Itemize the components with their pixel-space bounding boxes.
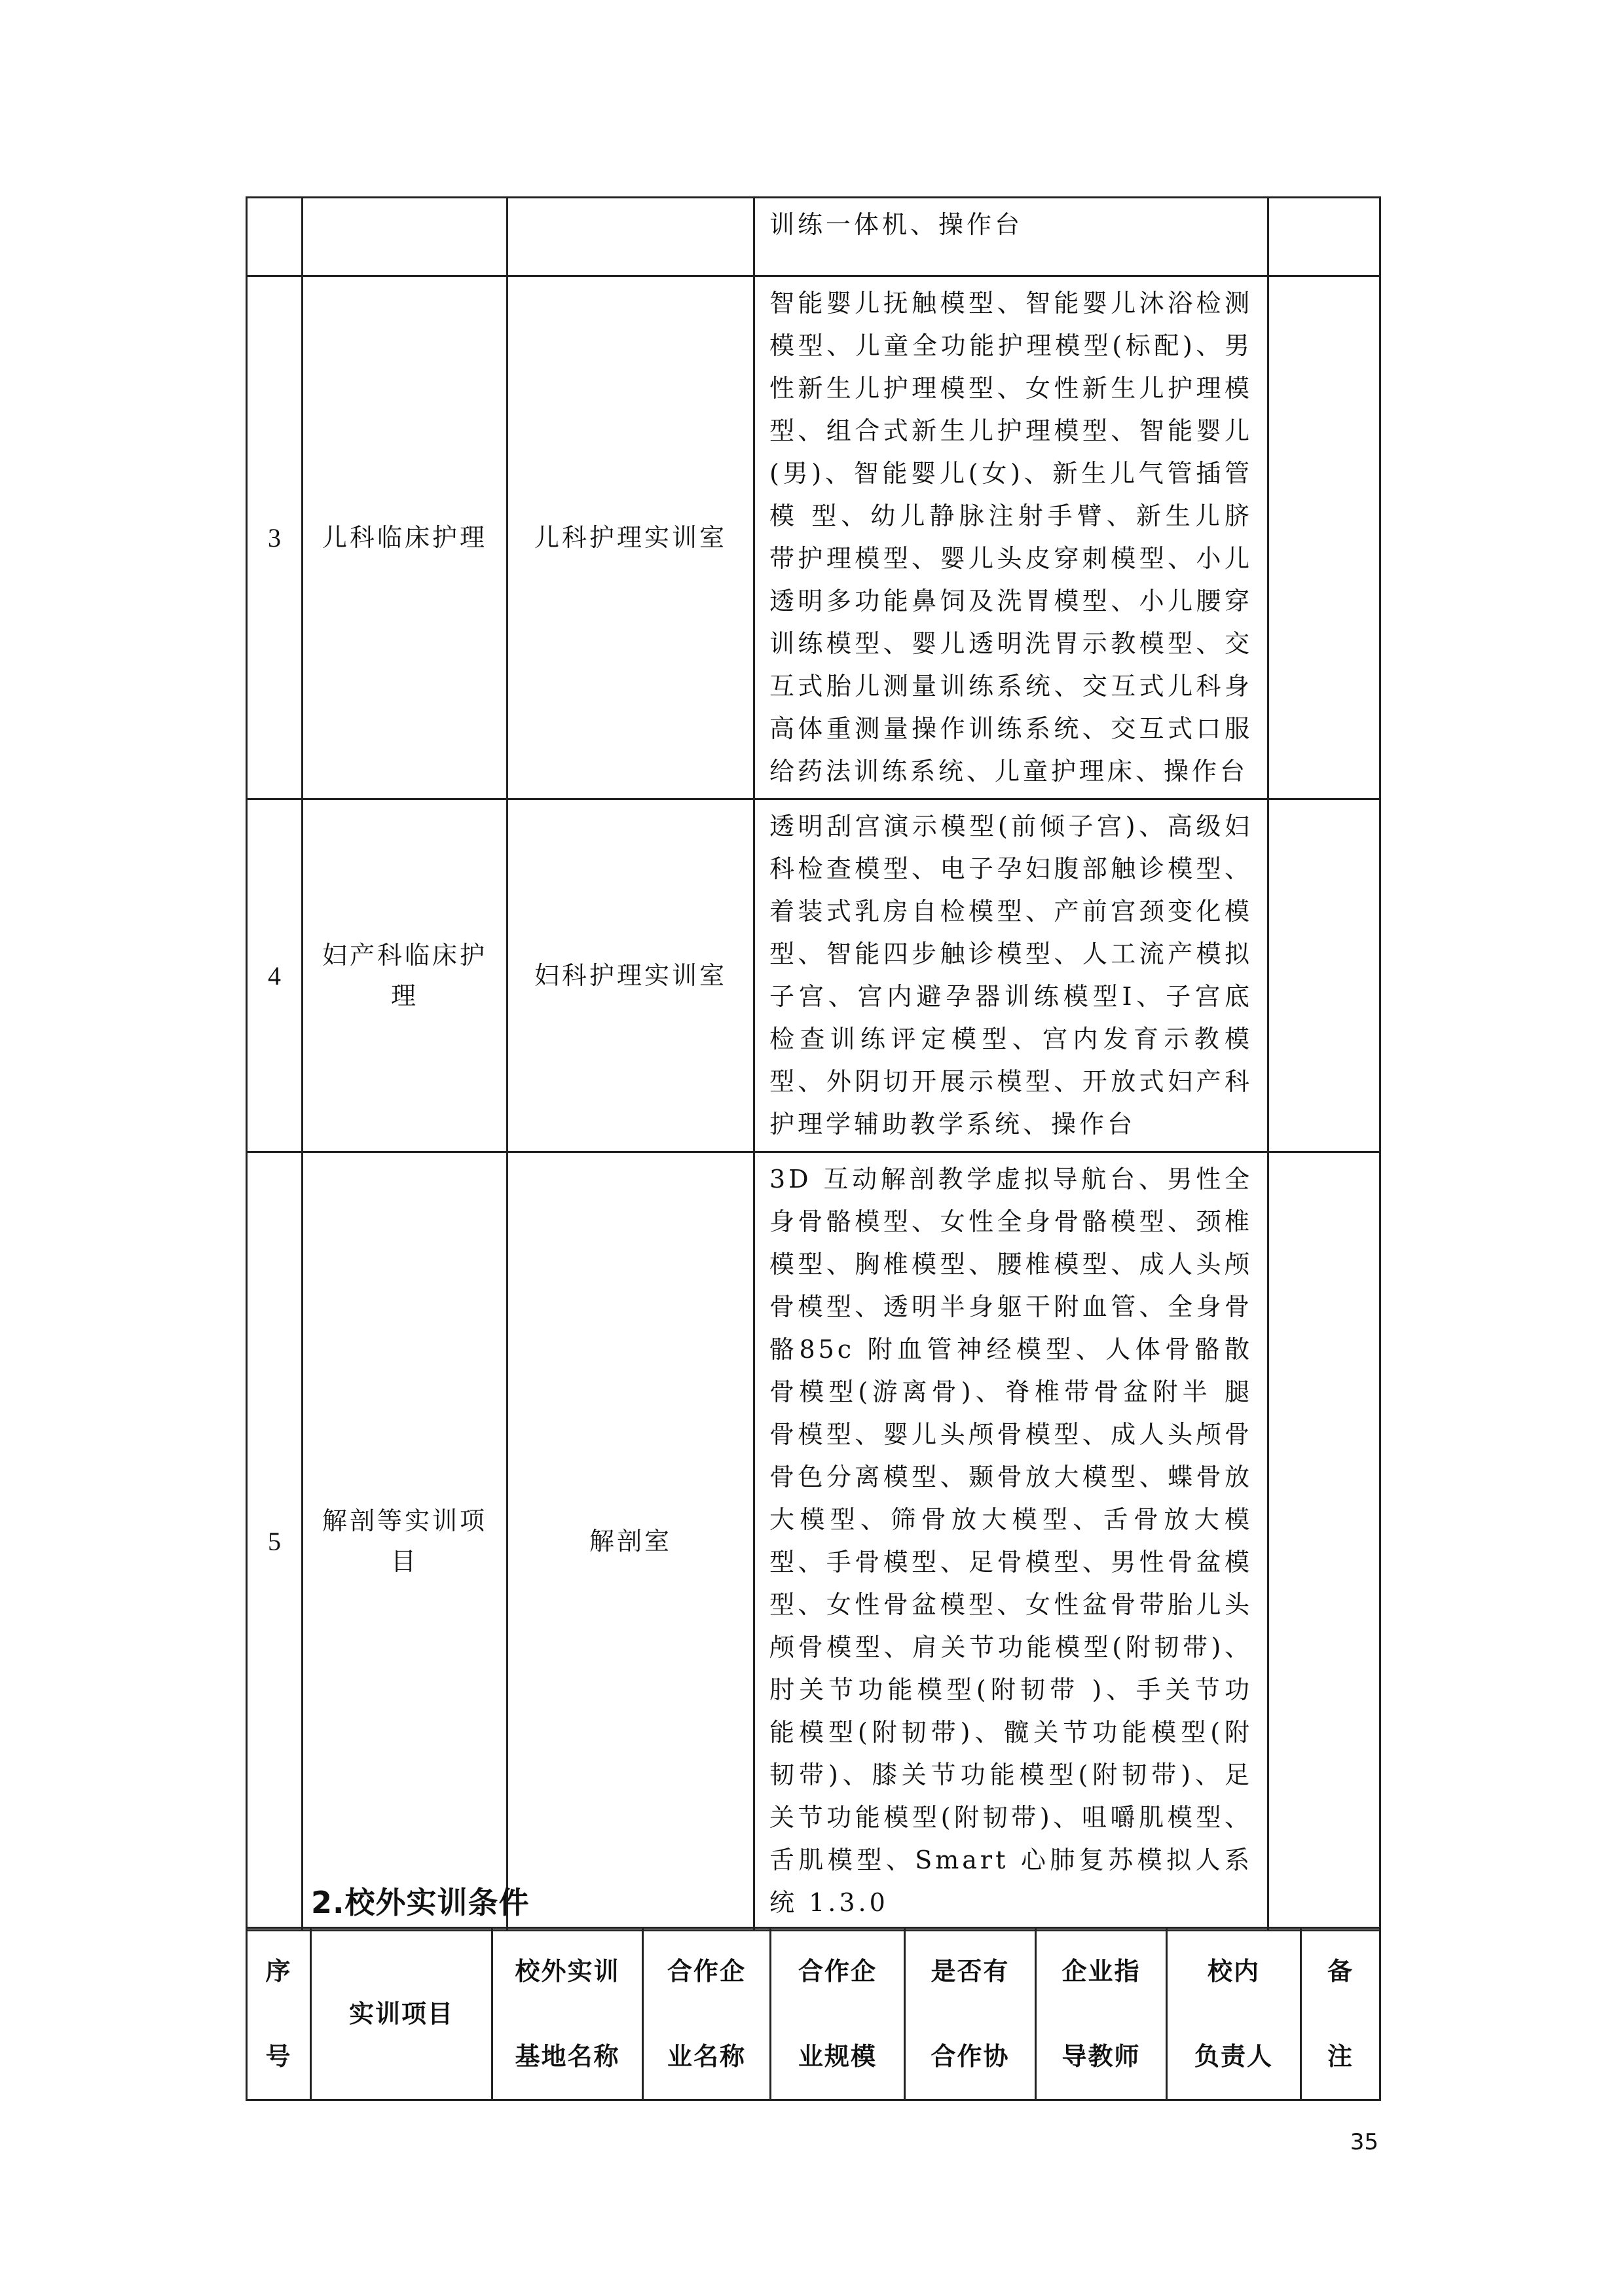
header-remarks: 备 注	[1301, 1928, 1380, 2100]
training-room: 儿科护理实训室	[507, 276, 754, 799]
header-enterprise-instructor: 企业指 导教师	[1036, 1928, 1167, 2100]
note	[1268, 799, 1380, 1152]
training-room-equipment-table: 训练一体机、操作台 3 儿科临床护理 儿科护理实训室 智能婴儿抚触模型、智能婴儿…	[246, 196, 1381, 1931]
header-line: 是否有	[906, 1929, 1035, 2014]
header-line: 业名称	[644, 2014, 769, 2099]
equipment-list: 智能婴儿抚触模型、智能婴儿沐浴检测模型、儿童全功能护理模型(标配)、男性新生儿护…	[754, 276, 1268, 799]
equipment-list: 透明刮宫演示模型(前倾子宫)、高级妇科检查模型、电子孕妇腹部触诊模型、着装式乳房…	[754, 799, 1268, 1152]
row-number: 4	[247, 799, 303, 1152]
header-enterprise-name: 合作企 业名称	[643, 1928, 771, 2100]
header-agreement: 是否有 合作协	[905, 1928, 1036, 2100]
note	[1268, 198, 1380, 276]
header-line: 序	[248, 1929, 310, 2014]
header-line: 备	[1302, 1929, 1379, 2014]
table-row: 4 妇产科临床护理 妇科护理实训室 透明刮宫演示模型(前倾子宫)、高级妇科检查模…	[247, 799, 1380, 1152]
table-row: 3 儿科临床护理 儿科护理实训室 智能婴儿抚触模型、智能婴儿沐浴检测模型、儿童全…	[247, 276, 1380, 799]
training-room: 妇科护理实训室	[507, 799, 754, 1152]
training-project	[303, 198, 507, 276]
header-serial-number: 序 号	[247, 1928, 311, 2100]
header-line: 号	[248, 2014, 310, 2099]
note	[1268, 1152, 1380, 1931]
training-room	[507, 198, 754, 276]
table-header-row: 序 号 实训项目 校外实训 基地名称 合作企 业名称 合作企 业规模 是否有 合…	[247, 1928, 1380, 2100]
section-heading: 2.校外实训条件	[311, 1879, 529, 1922]
header-enterprise-scale: 合作企 业规模	[771, 1928, 905, 2100]
row-number: 3	[247, 276, 303, 799]
training-project: 儿科临床护理	[303, 276, 507, 799]
header-school-manager: 校内 负责人	[1167, 1928, 1301, 2100]
header-line: 基地名称	[493, 2014, 642, 2099]
header-line: 业规模	[771, 2014, 904, 2099]
table-row: 训练一体机、操作台	[247, 198, 1380, 276]
header-training-project: 实训项目	[311, 1928, 492, 2100]
equipment-list: 训练一体机、操作台	[754, 198, 1268, 276]
header-line: 校内	[1168, 1929, 1300, 2014]
row-number	[247, 198, 303, 276]
header-base-name: 校外实训 基地名称	[492, 1928, 643, 2100]
training-room: 解剖室	[507, 1152, 754, 1931]
header-line: 合作企	[771, 1929, 904, 2014]
header-line: 负责人	[1168, 2014, 1300, 2099]
header-line: 导教师	[1037, 2014, 1166, 2099]
equipment-list: 3D 互动解剖教学虚拟导航台、男性全身骨骼模型、女性全身骨骼模型、颈椎模型、胸椎…	[754, 1152, 1268, 1931]
header-line: 合作协	[906, 2014, 1035, 2099]
header-line: 注	[1302, 2014, 1379, 2099]
table-row: 5 解剖等实训项目 解剖室 3D 互动解剖教学虚拟导航台、男性全身骨骼模型、女性…	[247, 1152, 1380, 1931]
training-project: 解剖等实训项目	[303, 1152, 507, 1931]
header-line: 校外实训	[493, 1929, 642, 2014]
header-line: 企业指	[1037, 1929, 1166, 2014]
header-line: 合作企	[644, 1929, 769, 2014]
header-line: 实训项目	[349, 1999, 454, 2028]
row-number: 5	[247, 1152, 303, 1931]
training-project: 妇产科临床护理	[303, 799, 507, 1152]
note	[1268, 276, 1380, 799]
offsite-training-table: 序 号 实训项目 校外实训 基地名称 合作企 业名称 合作企 业规模 是否有 合…	[246, 1927, 1381, 2101]
page-number: 35	[1350, 2129, 1378, 2155]
